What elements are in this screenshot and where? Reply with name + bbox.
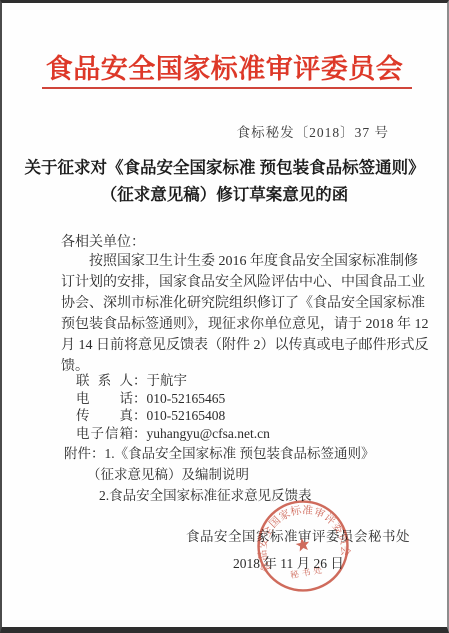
contact-person-label: 联系人 <box>76 372 133 390</box>
email-label: 电子信箱 <box>76 425 133 443</box>
signature-organization: 食品安全国家标准审评委员会秘书处 <box>186 525 410 545</box>
attachment-item-1: 附件：1.《食品安全国家标准 预包装食品标签通则》 <box>64 443 375 464</box>
document-number: 食标秘发〔2018〕37 号 <box>237 121 389 141</box>
email-row: 电子信箱：yuhangyu@cfsa.net.cn <box>76 425 270 443</box>
body-line: 订计划的安排，国家食品安全风险评估中心、中国食品工业 <box>61 272 394 293</box>
scanned-letter-page: 食品安全国家标准审评委员会 食标秘发〔2018〕37 号 关于征求对《食品安全国… <box>0 0 449 633</box>
contact-colon: ： <box>133 408 147 423</box>
letter-body: 按照国家卫生计生委 2016 年度食品安全国家标准制修 订计划的安排，国家食品安… <box>61 251 394 377</box>
document-title: 关于征求对《食品安全国家标准 预包装食品标签通则》 （征求意见稿）修订草案意见的… <box>2 154 447 208</box>
contact-person-row: 联系人：于航宇 <box>76 372 270 390</box>
attachment-1-text: 1.《食品安全国家标准 预包装食品标签通则》 <box>105 446 375 461</box>
contact-colon: ： <box>133 391 147 406</box>
official-seal: 食品安全国家标准审评委员会 秘书处 <box>249 492 358 601</box>
contact-colon: ： <box>133 426 147 441</box>
email-value: yuhangyu@cfsa.net.cn <box>147 426 270 441</box>
document-title-line2: （征求意见稿）修订草案意见的函 <box>2 181 447 208</box>
attachment-item-1-continued: （征求意见稿）及编制说明 <box>64 464 375 485</box>
document-title-line1: 关于征求对《食品安全国家标准 预包装食品标签通则》 <box>2 154 447 181</box>
phone-label: 电话 <box>76 390 133 408</box>
phone-row: 电话：010-52165465 <box>76 390 270 408</box>
seal-ring <box>252 495 355 598</box>
signature-date: 2018 年 11 月 26 日 <box>233 552 344 572</box>
contact-colon: ： <box>133 373 147 388</box>
contact-info: 联系人：于航宇 电话：010-52165465 传真：010-52165408 … <box>76 372 270 442</box>
attachment-item-2: 2.食品安全国家标准征求意见反馈表 <box>64 485 375 506</box>
contact-person-value: 于航宇 <box>147 373 188 388</box>
body-line: 按照国家卫生计生委 2016 年度食品安全国家标准制修 <box>61 251 394 272</box>
fax-label: 传真 <box>76 407 133 425</box>
attachments-label: 附件： <box>64 446 105 461</box>
fax-row: 传真：010-52165408 <box>76 407 270 425</box>
body-line: 月 14 日前将意见反馈表（附件 2）以传真或电子邮件形式反 <box>61 335 394 356</box>
body-line: 协会、深圳市标准化研究院组织修订了《食品安全国家标准 <box>61 293 394 314</box>
body-line: 预包装食品标签通则》，现征求你单位意见，请于 2018 年 12 <box>61 314 394 335</box>
fax-value: 010-52165408 <box>147 408 226 423</box>
attachments: 附件：1.《食品安全国家标准 预包装食品标签通则》 （征求意见稿）及编制说明 2… <box>64 443 375 506</box>
issuing-org-title: 食品安全国家标准审评委员会 <box>2 47 447 86</box>
phone-value: 010-52165465 <box>147 391 226 406</box>
salutation: 各相关单位： <box>61 231 145 251</box>
red-header-rule <box>42 87 412 89</box>
